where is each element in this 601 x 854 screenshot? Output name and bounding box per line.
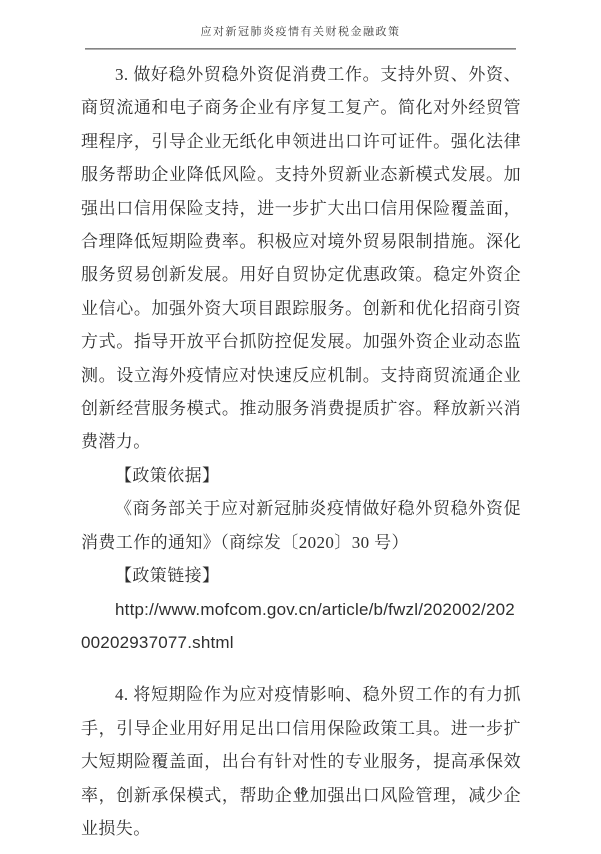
paragraph-item-4: 4. 将短期险作为应对疫情影响、稳外贸工作的有力抓手，引导企业用好用足出口信用保… (81, 678, 521, 845)
policy-basis-label: 【政策依据】 (81, 459, 521, 492)
policy-basis-text: 《商务部关于应对新冠肺炎疫情做好稳外贸稳外资促消费工作的通知》（商综发〔2020… (81, 492, 521, 559)
header-rule (85, 48, 516, 50)
document-content: 3. 做好稳外贸稳外资促消费工作。支持外贸、外资、商贸流通和电子商务企业有序复工… (81, 58, 521, 845)
page-footer: 48 (0, 786, 601, 798)
paragraph-item-3: 3. 做好稳外贸稳外资促消费工作。支持外贸、外资、商贸流通和电子商务企业有序复工… (81, 58, 521, 459)
page-number: 48 (294, 786, 306, 798)
document-page: 应对新冠肺炎疫情有关财税金融政策 3. 做好稳外贸稳外资促消费工作。支持外贸、外… (0, 0, 601, 854)
policy-link-label: 【政策链接】 (81, 559, 521, 592)
policy-link-url: http://www.mofcom.gov.cn/article/b/fwzl/… (81, 593, 521, 660)
page-header-title: 应对新冠肺炎疫情有关财税金融政策 (0, 23, 601, 39)
